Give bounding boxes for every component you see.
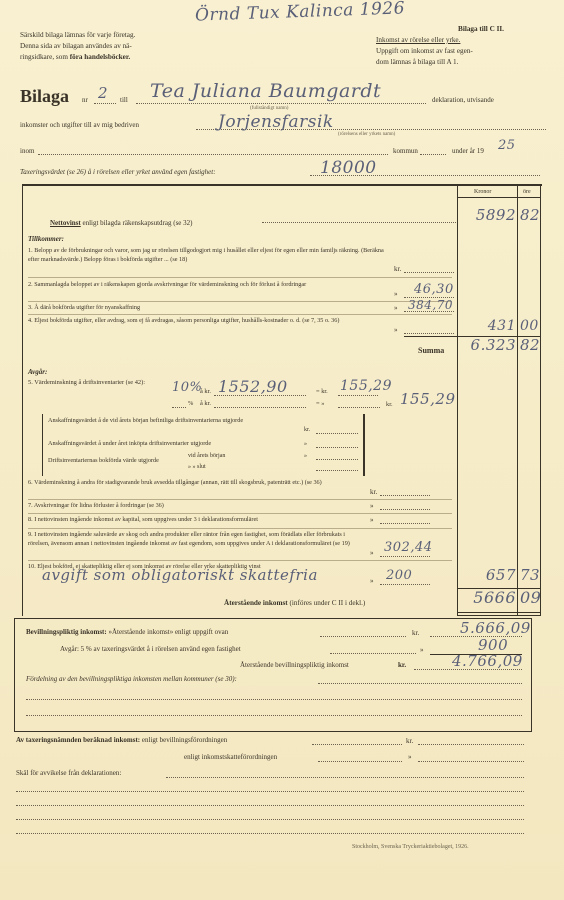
aterstaende-kronor: 5666: [460, 588, 516, 607]
fordelning-line-3[interactable]: [26, 715, 522, 716]
skal-field-4[interactable]: [16, 819, 524, 820]
bevillning-line2: Avgår: 5 % av taxeringsvärdet å i rörels…: [60, 644, 241, 654]
right-notice-line3: dom lämnas å bilaga till A 1.: [376, 57, 546, 68]
tillkommer-item-3: 3. Å därå bokförda utgifter för nyanskaf…: [28, 303, 390, 312]
inventory-book-end-field[interactable]: [316, 470, 358, 471]
taxeringsnamnden-inkomstskatt-field[interactable]: [418, 761, 524, 762]
right-notice-line1: Inkomst av rörelse eller yrke.: [376, 35, 546, 46]
bilaga-line: Bilaga nr 2 till Tea Juliana Baumgardt (…: [20, 86, 546, 108]
summa-label: Summa: [418, 346, 444, 356]
left-notice-line2: Denna sida av bilagan användes av nä-: [20, 41, 190, 52]
ore-column-left: [517, 184, 518, 616]
taxeringsnamnden-bevillning-field[interactable]: [418, 744, 524, 745]
avgar-total-ore: 73: [520, 566, 540, 584]
kronor-header: Kronor: [474, 187, 491, 197]
inventory-book-start-field[interactable]: [316, 459, 358, 460]
summa-kronor: 6.323: [460, 336, 516, 354]
handwritten-header: Örnd Tux Kalinca 1926: [195, 0, 406, 26]
taxering-line: Taxeringsvärdet (se 26) å i rörelsen ell…: [20, 162, 546, 182]
tillkommer-2-value[interactable]: 46,30: [414, 282, 454, 297]
tillkommer-total-ore: 00: [520, 318, 539, 334]
item8-field[interactable]: [380, 523, 430, 524]
avgar-item-5: 5. Värdeminskning å driftsinventarier (s…: [28, 378, 145, 388]
bilaga-nr-field[interactable]: 2: [98, 84, 108, 102]
taxeringsvarde-field[interactable]: 18000: [320, 158, 377, 178]
tillkommer-item-1: 1. Belopp av de förbrukningar och varor,…: [28, 246, 390, 264]
kronor-column-left: [457, 184, 458, 616]
avgar-item-7: 7. Avskrivningar för lidna förluster å f…: [28, 501, 390, 511]
tillkommer-total-kronor: 431: [460, 318, 516, 334]
inom-line: inom kommun under år 19 25: [20, 142, 546, 158]
avgar-item-6: 6. Värdeminskning å andra för stadigvara…: [28, 478, 390, 487]
avgar-heading: Avgår:: [28, 367, 47, 377]
kommun-field[interactable]: [38, 154, 388, 155]
skal-field-5[interactable]: [16, 833, 524, 834]
item5-total-value[interactable]: 155,29: [400, 390, 456, 408]
tillkommer-1-field[interactable]: [404, 272, 454, 273]
name-field[interactable]: Tea Juliana Baumgardt: [150, 80, 381, 102]
summa-ore: 82: [520, 336, 540, 354]
skal-field-3[interactable]: [16, 805, 524, 806]
right-notice-title: Bilaga till C II.: [376, 24, 546, 35]
fordelning-line-2[interactable]: [26, 699, 522, 700]
left-notice-line3: ringsidkare, som föra handelsböcker.: [20, 52, 190, 63]
avgar-item-8: 8. I nettovinsten ingående inkomst av ka…: [28, 515, 390, 525]
bevillning-line4: Fördelning av den bevillningspliktiga in…: [26, 674, 237, 684]
item6-field[interactable]: [380, 495, 430, 496]
ore-header: öre: [523, 187, 531, 197]
left-notice: Särskild bilaga lämnas för varje företag…: [20, 30, 190, 63]
skal-label: Skäl för avvikelse från deklarationen:: [16, 768, 121, 778]
bevillning-line3: Återstående bevillningspliktig inkomst: [240, 660, 349, 670]
inventory-start-value-field[interactable]: [316, 433, 358, 434]
item9-value[interactable]: 302,44: [384, 540, 433, 555]
avgar-item-9: 9. I nettovinsten ingående saluvärde av …: [28, 530, 368, 548]
tax-form-page: Örnd Tux Kalinca 1926 Särskild bilaga lä…: [0, 0, 564, 900]
year-field[interactable]: 25: [498, 138, 516, 153]
right-notice: Bilaga till C II. Inkomst av rörelse ell…: [376, 24, 546, 68]
table-right-border: [540, 184, 541, 616]
item5-row1-value[interactable]: 155,29: [340, 378, 392, 394]
table-top-border: [22, 184, 542, 186]
avgar-total-kronor: 657: [460, 566, 516, 584]
item10-handwritten-note[interactable]: avgift som obligatoriskt skattefria: [42, 566, 318, 584]
table-left-border: [22, 184, 23, 616]
aterstaende-ore: 09: [520, 588, 541, 607]
printer-footer: Stockholm, Svenska Tryckeriaktiebolaget,…: [352, 844, 469, 850]
nettovinst-row: Nettovinst enligt bilagda räkenskapsutdr…: [50, 212, 450, 230]
business-field[interactable]: Jorjensfarsik: [218, 112, 334, 132]
taxeringsnamnden-line1: Av taxeringsnämnden beräknad inkomst: en…: [16, 735, 227, 745]
item10-value[interactable]: 200: [386, 568, 412, 583]
taxeringsnamnden-line2: enligt inkomstskatteförordningen: [184, 752, 277, 762]
skal-field-2[interactable]: [16, 791, 524, 792]
item7-field[interactable]: [380, 509, 430, 510]
income-line: inkomster och utgifter till av mig bedri…: [20, 114, 546, 138]
inventory-purchased-field[interactable]: [316, 447, 358, 448]
tillkommer-item-2: 2. Sammanlagda beloppet av i räkenskapen…: [28, 280, 390, 289]
tillkommer-3-value[interactable]: 384,70: [408, 298, 453, 312]
left-notice-line1: Särskild bilaga lämnas för varje företag…: [20, 30, 190, 41]
item5-base-value[interactable]: 1552,90: [218, 377, 288, 396]
skal-field-1[interactable]: [166, 777, 524, 778]
bevillning-line1: Bevillningspliktig inkomst: »Återstående…: [26, 627, 228, 637]
nettovinst-ore: 82: [520, 206, 540, 224]
bevillning-value[interactable]: 5.666,09: [460, 619, 531, 637]
tillkommer-heading: Tillkommer:: [28, 234, 64, 244]
tillkommer-item-4: 4. Eljest bokförda utgifter, eller avdra…: [28, 316, 390, 325]
right-notice-line2: Uppgift om inkomst av fast egen-: [376, 46, 546, 57]
nettovinst-kronor: 5892: [460, 206, 516, 224]
bilaga-title: Bilaga: [20, 86, 69, 107]
aterstaende-bevillning-value[interactable]: 4.766,09: [452, 652, 523, 670]
fordelning-field[interactable]: [318, 683, 522, 684]
aterstaende-label: Återstående inkomst (införes under C II …: [224, 598, 365, 608]
